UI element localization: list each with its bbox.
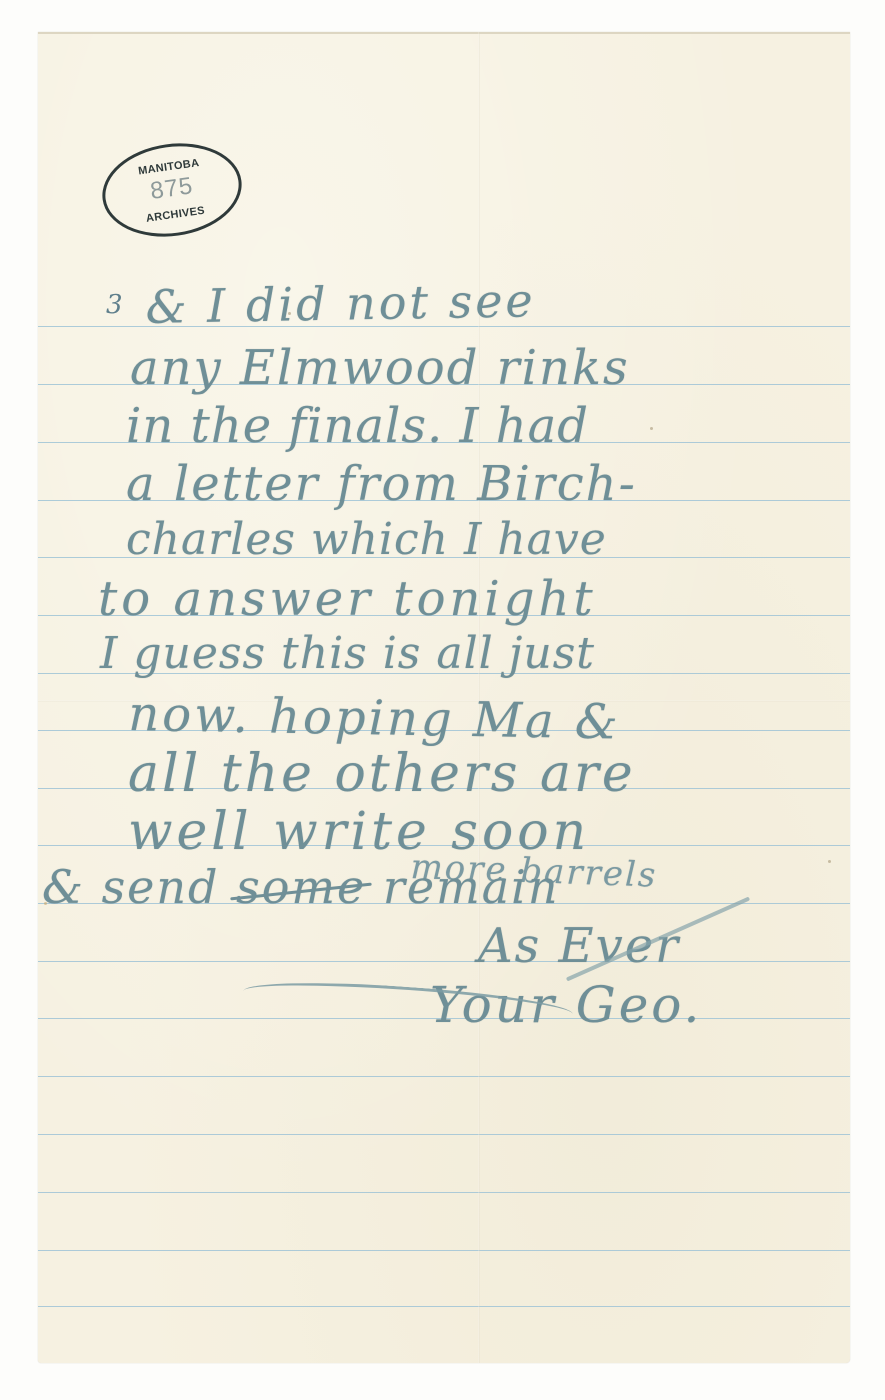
handwritten-line: now. hoping Ma & — [128, 690, 621, 747]
paper-edge — [38, 32, 850, 34]
ruled-line — [38, 1134, 850, 1135]
handwritten-line: in the finals. I had — [126, 402, 589, 450]
ruled-line — [38, 961, 850, 962]
handwritten-line: I guess this is all just — [100, 632, 595, 676]
ruled-line — [38, 1076, 850, 1077]
paper-speck — [828, 860, 831, 863]
ruled-line — [38, 1192, 850, 1193]
struck-word: some — [236, 864, 366, 910]
closing-suffix: remain — [383, 860, 560, 914]
ruled-line — [38, 1250, 850, 1251]
paper-speck — [650, 427, 653, 430]
page-number: 3 — [106, 290, 123, 320]
signature-closing: As Ever — [478, 922, 680, 970]
handwritten-line: & I did not see — [145, 277, 536, 330]
archive-stamp: MANITOBA 875 ARCHIVES — [96, 135, 247, 246]
handwritten-line: any Elmwood rinks — [130, 344, 630, 392]
closing-prefix: & send — [42, 860, 219, 914]
handwritten-line: a letter from Birch- — [126, 460, 637, 508]
letter-paper: MANITOBA 875 ARCHIVES 3 & I did not see … — [38, 32, 850, 1363]
handwritten-line: to answer tonight — [98, 575, 597, 623]
handwritten-line: charles which I have — [126, 518, 607, 562]
handwritten-line: all the others are — [128, 748, 636, 800]
ruled-line — [38, 1306, 850, 1307]
closing-line: & send some remain — [42, 864, 559, 910]
